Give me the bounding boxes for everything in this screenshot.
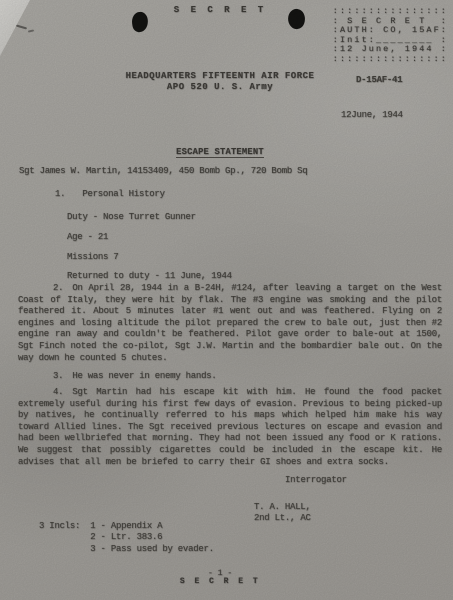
reference-number: D-15AF-41 xyxy=(356,75,402,85)
paragraph-text: Sgt Martin had his escape kit with him. … xyxy=(18,387,442,467)
personal-history-item-age: Age - 21 xyxy=(67,228,232,248)
personal-history-item-duty: Duty - Nose Turret Gunner xyxy=(67,208,232,228)
signature-block: T. A. HALL, 2nd Lt., AC xyxy=(254,502,311,524)
document-title: ESCAPE STATEMENT xyxy=(176,147,264,158)
enclosures-list: 1 - Appendix A 2 - Ltr. 383.6 3 - Pass u… xyxy=(90,521,214,555)
section-number: 1. xyxy=(55,189,65,199)
personal-history-items: Duty - Nose Turret Gunner Age - 21 Missi… xyxy=(67,208,232,287)
paragraph-number: 3. xyxy=(53,371,63,381)
paragraph-3: 3.He was never in enemy hands. xyxy=(18,371,442,383)
subject-line: Sgt James W. Martin, 14153409, 450 Bomb … xyxy=(19,166,307,176)
signature-name: T. A. HALL, xyxy=(254,502,311,513)
personal-history-heading: 1.Personal History xyxy=(55,189,165,199)
document-title-row: ESCAPE STATEMENT xyxy=(0,147,440,158)
paragraph-number: 4. xyxy=(53,387,63,397)
enclosure-item: 2 - Ltr. 383.6 xyxy=(90,532,214,543)
section-heading: Personal History xyxy=(82,189,164,199)
paragraph-4: 4.Sgt Martin had his escape kit with him… xyxy=(18,387,442,468)
interrogator-label: Interrogator xyxy=(285,475,347,485)
document-date: 12June, 1944 xyxy=(341,110,403,120)
personal-history-item-missions: Missions 7 xyxy=(67,248,232,268)
paragraph-text: He was never in enemy hands. xyxy=(72,371,216,381)
enclosures-block: 3 Incls: 1 - Appendix A 2 - Ltr. 383.6 3… xyxy=(39,521,214,555)
paragraph-number: 2. xyxy=(53,283,63,293)
pencil-mark xyxy=(28,29,34,32)
paragraph-2: 2.On April 28, 1944 in a B-24H, #124, af… xyxy=(18,283,442,364)
stamp-border-bottom: :::::::::::::::: xyxy=(333,55,448,65)
scanned-document-page: S E C R E T :::::::::::::::: : S E C R E… xyxy=(0,0,453,600)
enclosure-item: 1 - Appendix A xyxy=(90,521,214,532)
signature-rank: 2nd Lt., AC xyxy=(254,513,311,524)
paragraph-text: On April 28, 1944 in a B-24H, #124, afte… xyxy=(18,283,442,363)
enclosures-label: 3 Incls: xyxy=(39,521,80,555)
enclosure-item: 3 - Pass used by evader. xyxy=(90,544,214,555)
pencil-mark xyxy=(16,25,27,30)
classification-footer: S E C R E T xyxy=(0,577,440,586)
classification-stamp: :::::::::::::::: : S E C R E T : :AUTH: … xyxy=(333,7,448,65)
